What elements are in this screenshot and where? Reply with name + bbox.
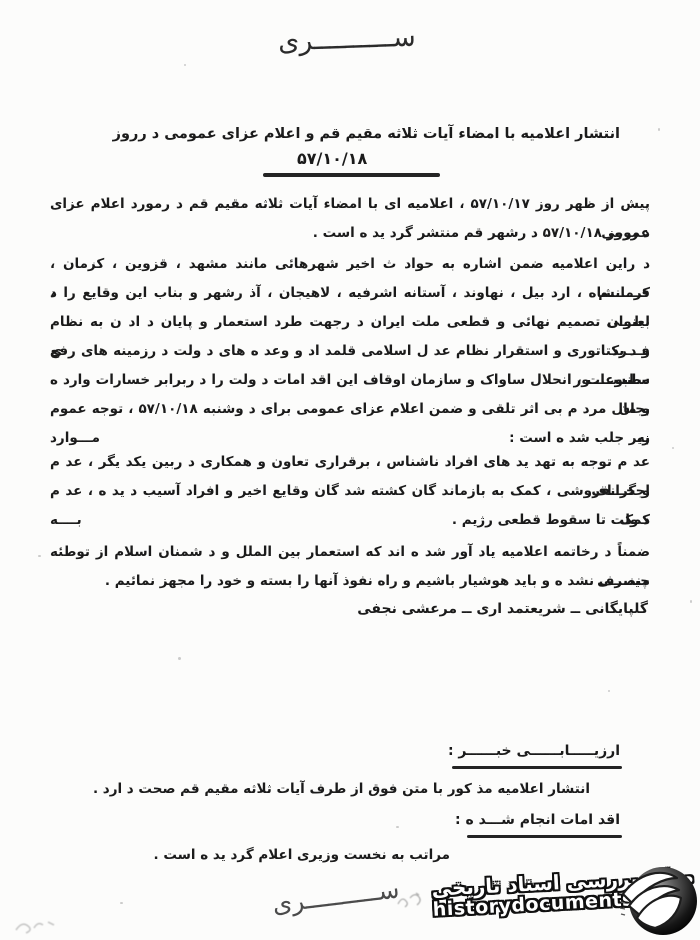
classification-stamp-bottom: ســــــــــری [271,874,401,918]
body-paragraph-3: عد م توجه به تهد ید های افراد ناشناس ، ب… [50,448,650,535]
text-line: و گرانفروشی ، کمک به بازماند گان کشته شد… [50,477,650,506]
paper-speck [38,555,41,557]
body-paragraph-1: پیش از ظهر روز ۵۷/۱۰/۱۷ ، اعلامیه ای با … [50,190,650,248]
paper-speck [184,64,186,66]
text-line: ضمناً د رخاتمه اعلامیه یاد آور شد ه اند … [50,538,650,567]
paper-speck [672,447,674,449]
document-date: ۵۷/۱۰/۱۸ [297,149,367,168]
body-paragraph-2: د راین اعلامیه ضمن اشاره به حواد ث اخیر … [50,250,650,453]
book-globe-logo-icon [613,862,700,940]
corner-smudge [12,916,58,936]
document-title: انتشار اعلامیه با امضاء آیات ثلاثه مقیم … [113,126,620,142]
classification-stamp-top: ســــــــــری [278,22,417,58]
paper-speck [658,128,660,131]
text-line: کرمانشاه ، ارد بیل ، نهاوند ، آستانه اشر… [50,279,650,308]
evaluation-heading: ارزیـــــابــــــی خبــــــر : [448,743,620,759]
text-line: منصرف نشد ه و باید هوشیار باشیم و راه نف… [50,567,650,596]
text-line: پیش از ظهر روز ۵۷/۱۰/۱۷ ، اعلامیه ای با … [50,190,650,219]
body-paragraph-4: ضمناً د رخاتمه اعلامیه یاد آور شد ه اند … [50,538,650,596]
document-page: ســــــــــری انتشار اعلامیه با امضاء آی… [0,0,700,940]
text-line: مطبوعات ، انحلال ساواک و سازمان اوقاف ای… [50,366,650,395]
paper-speck [608,690,610,692]
text-line: د راین اعلامیه ضمن اشاره به حواد ث اخیر … [50,250,650,279]
evaluation-text: انتشار اعلامیه مذ کور با متن فوق از طرف … [93,781,590,797]
paper-speck [178,657,181,660]
text-line: عد م توجه به تهد ید های افراد ناشناس ، ب… [50,448,650,477]
actions-heading-underline [467,835,622,838]
handwritten-scribble [396,890,424,912]
paper-speck [690,600,692,603]
paper-speck [120,902,123,904]
signatures-line: گلپایگانی ــ شریعتمد اری ــ مرعشی نجفی [357,601,648,617]
text-line: و د یکتاتوری و استقرار نظام عد ل اسلامی … [50,337,650,366]
actions-taken-text: مراتب به نخست وزیری اعلام گرد ید ه است . [154,847,450,863]
text-line: و مال مرد م بی اثر تلقی و ضمن اعلام عزای… [50,395,650,424]
text-line: د رروز ۵۷/۱۰/۱۸ د رشهر قم منتشر گرد ید ه… [50,219,650,248]
paper-speck [93,262,95,264]
paper-speck [396,826,399,828]
text-line: بعنوان تصمیم نهائی و قطعی ملت ایران د رج… [50,308,650,337]
date-underline [263,173,440,177]
actions-taken-heading: اقد امات انجام شـــد ه : [455,812,620,828]
evaluation-heading-underline [452,766,622,769]
